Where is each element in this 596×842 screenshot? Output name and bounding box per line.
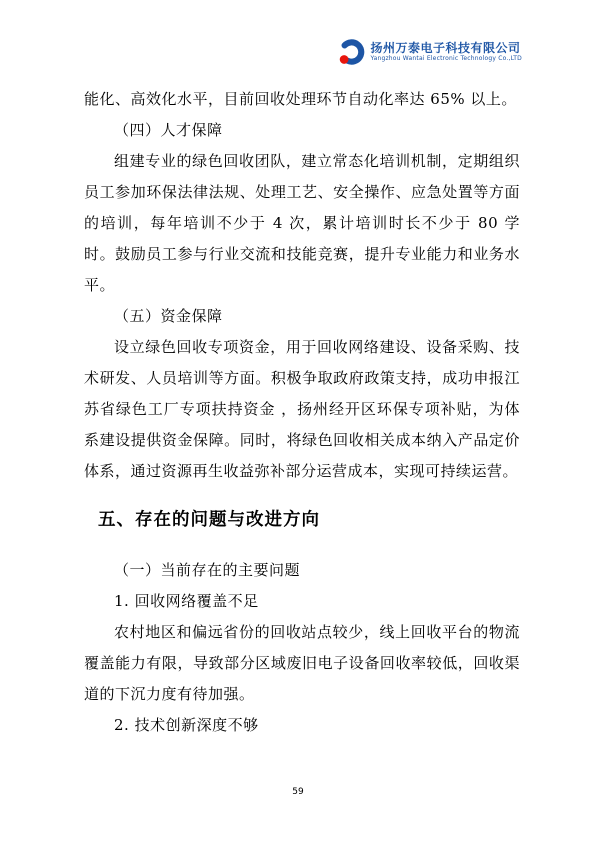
company-name-cn: 扬州万泰电子科技有限公司 <box>371 42 522 55</box>
paragraph-network-coverage: 农村地区和偏远省份的回收站点较少，线上回收平台的物流覆盖能力有限，导致部分区域废… <box>84 617 520 710</box>
company-name-en: Yangzhou Wantai Electronic Technology Co… <box>371 56 522 62</box>
item-1-network-coverage: 1. 回收网络覆盖不足 <box>84 586 520 617</box>
document-page: 扬州万泰电子科技有限公司 Yangzhou Wantai Electronic … <box>0 0 596 842</box>
company-logo-text: 扬州万泰电子科技有限公司 Yangzhou Wantai Electronic … <box>371 42 522 62</box>
company-logo-icon <box>338 38 366 66</box>
paragraph-continued: 能化、高效化水平，目前回收处理环节自动化率达 65% 以上。 <box>84 84 520 115</box>
subheading-5-funding: （五）资金保障 <box>84 301 520 332</box>
company-logo: 扬州万泰电子科技有限公司 Yangzhou Wantai Electronic … <box>338 38 522 66</box>
document-body: 能化、高效化水平，目前回收处理环节自动化率达 65% 以上。 （四）人才保障 组… <box>84 84 520 741</box>
paragraph-funding: 设立绿色回收专项资金，用于回收网络建设、设备采购、技术研发、人员培训等方面。积极… <box>84 332 520 487</box>
page-number: 59 <box>0 787 596 797</box>
item-2-tech-innovation: 2. 技术创新深度不够 <box>84 710 520 741</box>
section-heading-5: 五、存在的问题与改进方向 <box>98 507 520 533</box>
subheading-4-talent: （四）人才保障 <box>84 115 520 146</box>
paragraph-talent: 组建专业的绿色回收团队，建立常态化培训机制，定期组织员工参加环保法律法规、处理工… <box>84 146 520 301</box>
subheading-1-problems: （一）当前存在的主要问题 <box>84 555 520 586</box>
